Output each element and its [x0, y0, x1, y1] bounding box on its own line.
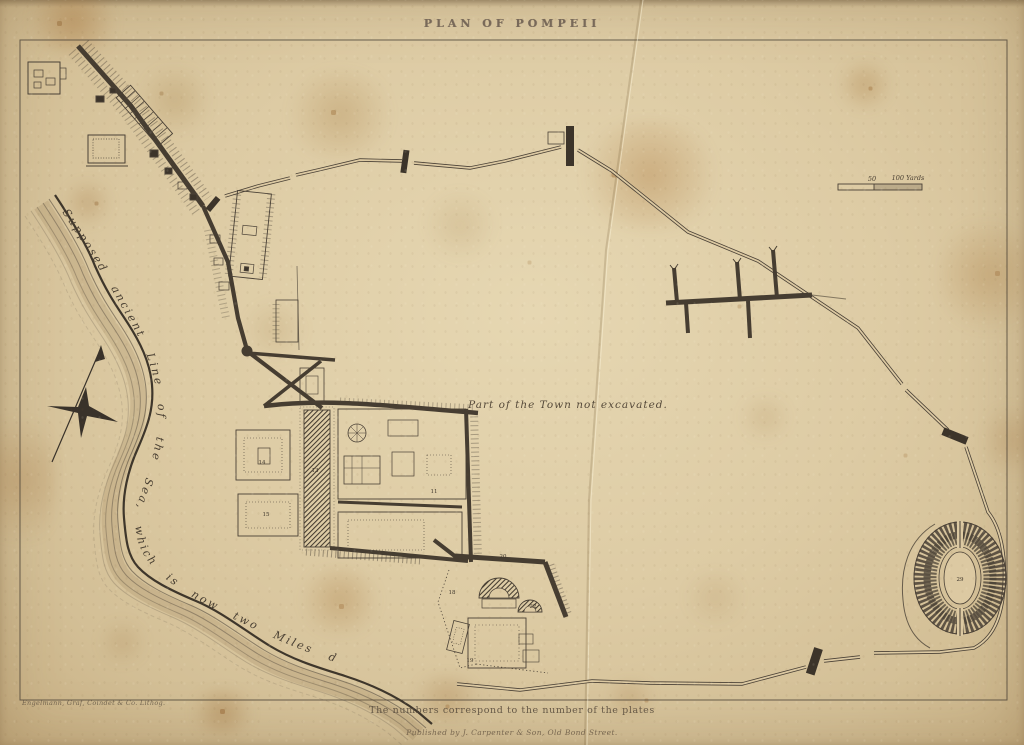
compass-needle-arrow	[95, 345, 105, 362]
forum-east-insula	[338, 409, 466, 499]
svg-text:Supposed ancient Line of the S: Supposed ancient Line of the Sea, which …	[0, 0, 340, 665]
fold-crease	[585, 0, 643, 745]
plate-number-15: 15	[263, 512, 270, 518]
herculaneum-gate	[206, 196, 221, 212]
plate-number-18: 18	[449, 590, 456, 596]
engraver-credit: Engelmann, Graf, Coindet & Co. Lithog.	[22, 699, 165, 707]
compass-star	[47, 387, 118, 438]
plate-number-14: 14	[259, 460, 266, 466]
vesuvius-gate	[566, 126, 574, 166]
doric-temple	[447, 621, 470, 654]
nocera-gate	[806, 647, 823, 675]
plate-number-19: 19	[467, 658, 474, 664]
shoreline	[25, 195, 432, 745]
map-canvas: Supposed ancient Line of the Sea, which …	[0, 0, 1024, 745]
plate-number-22: 22	[530, 604, 537, 610]
scanned-map-page: PLAN OF POMPEII Suppo	[0, 0, 1024, 745]
forum	[304, 410, 330, 547]
scale-mid-label: 50	[868, 175, 876, 183]
amphitheatre-number: 29	[957, 577, 964, 583]
scale-end-label: 100 Yards	[892, 174, 925, 182]
compass-rose	[47, 345, 118, 462]
quadriporticus	[468, 618, 526, 668]
sarno-gate	[941, 427, 968, 444]
shore-caption-text: Supposed ancient Line of the Sea, which …	[0, 0, 340, 665]
amphitheatre: 29	[902, 521, 1006, 648]
city-wall	[225, 147, 1004, 690]
via-consolare-district	[203, 190, 299, 350]
street-of-tombs-district	[28, 43, 208, 212]
forum-district	[236, 346, 478, 563]
shore-caption: Supposed ancient Line of the Sea, which …	[0, 0, 340, 665]
publisher-imprint: Published by J. Carpenter & Son, Old Bon…	[0, 728, 1024, 737]
plate-number-13: 13	[312, 468, 319, 474]
plate-number-11: 11	[431, 489, 438, 495]
plate-number-20: 20	[500, 554, 507, 560]
scale-bar: 50 100 Yards	[838, 174, 925, 190]
not-excavated-label: Part of the Town not excavated.	[467, 399, 668, 411]
plate-numbers: 13 14 15 11 18 19 20 22	[259, 460, 537, 664]
